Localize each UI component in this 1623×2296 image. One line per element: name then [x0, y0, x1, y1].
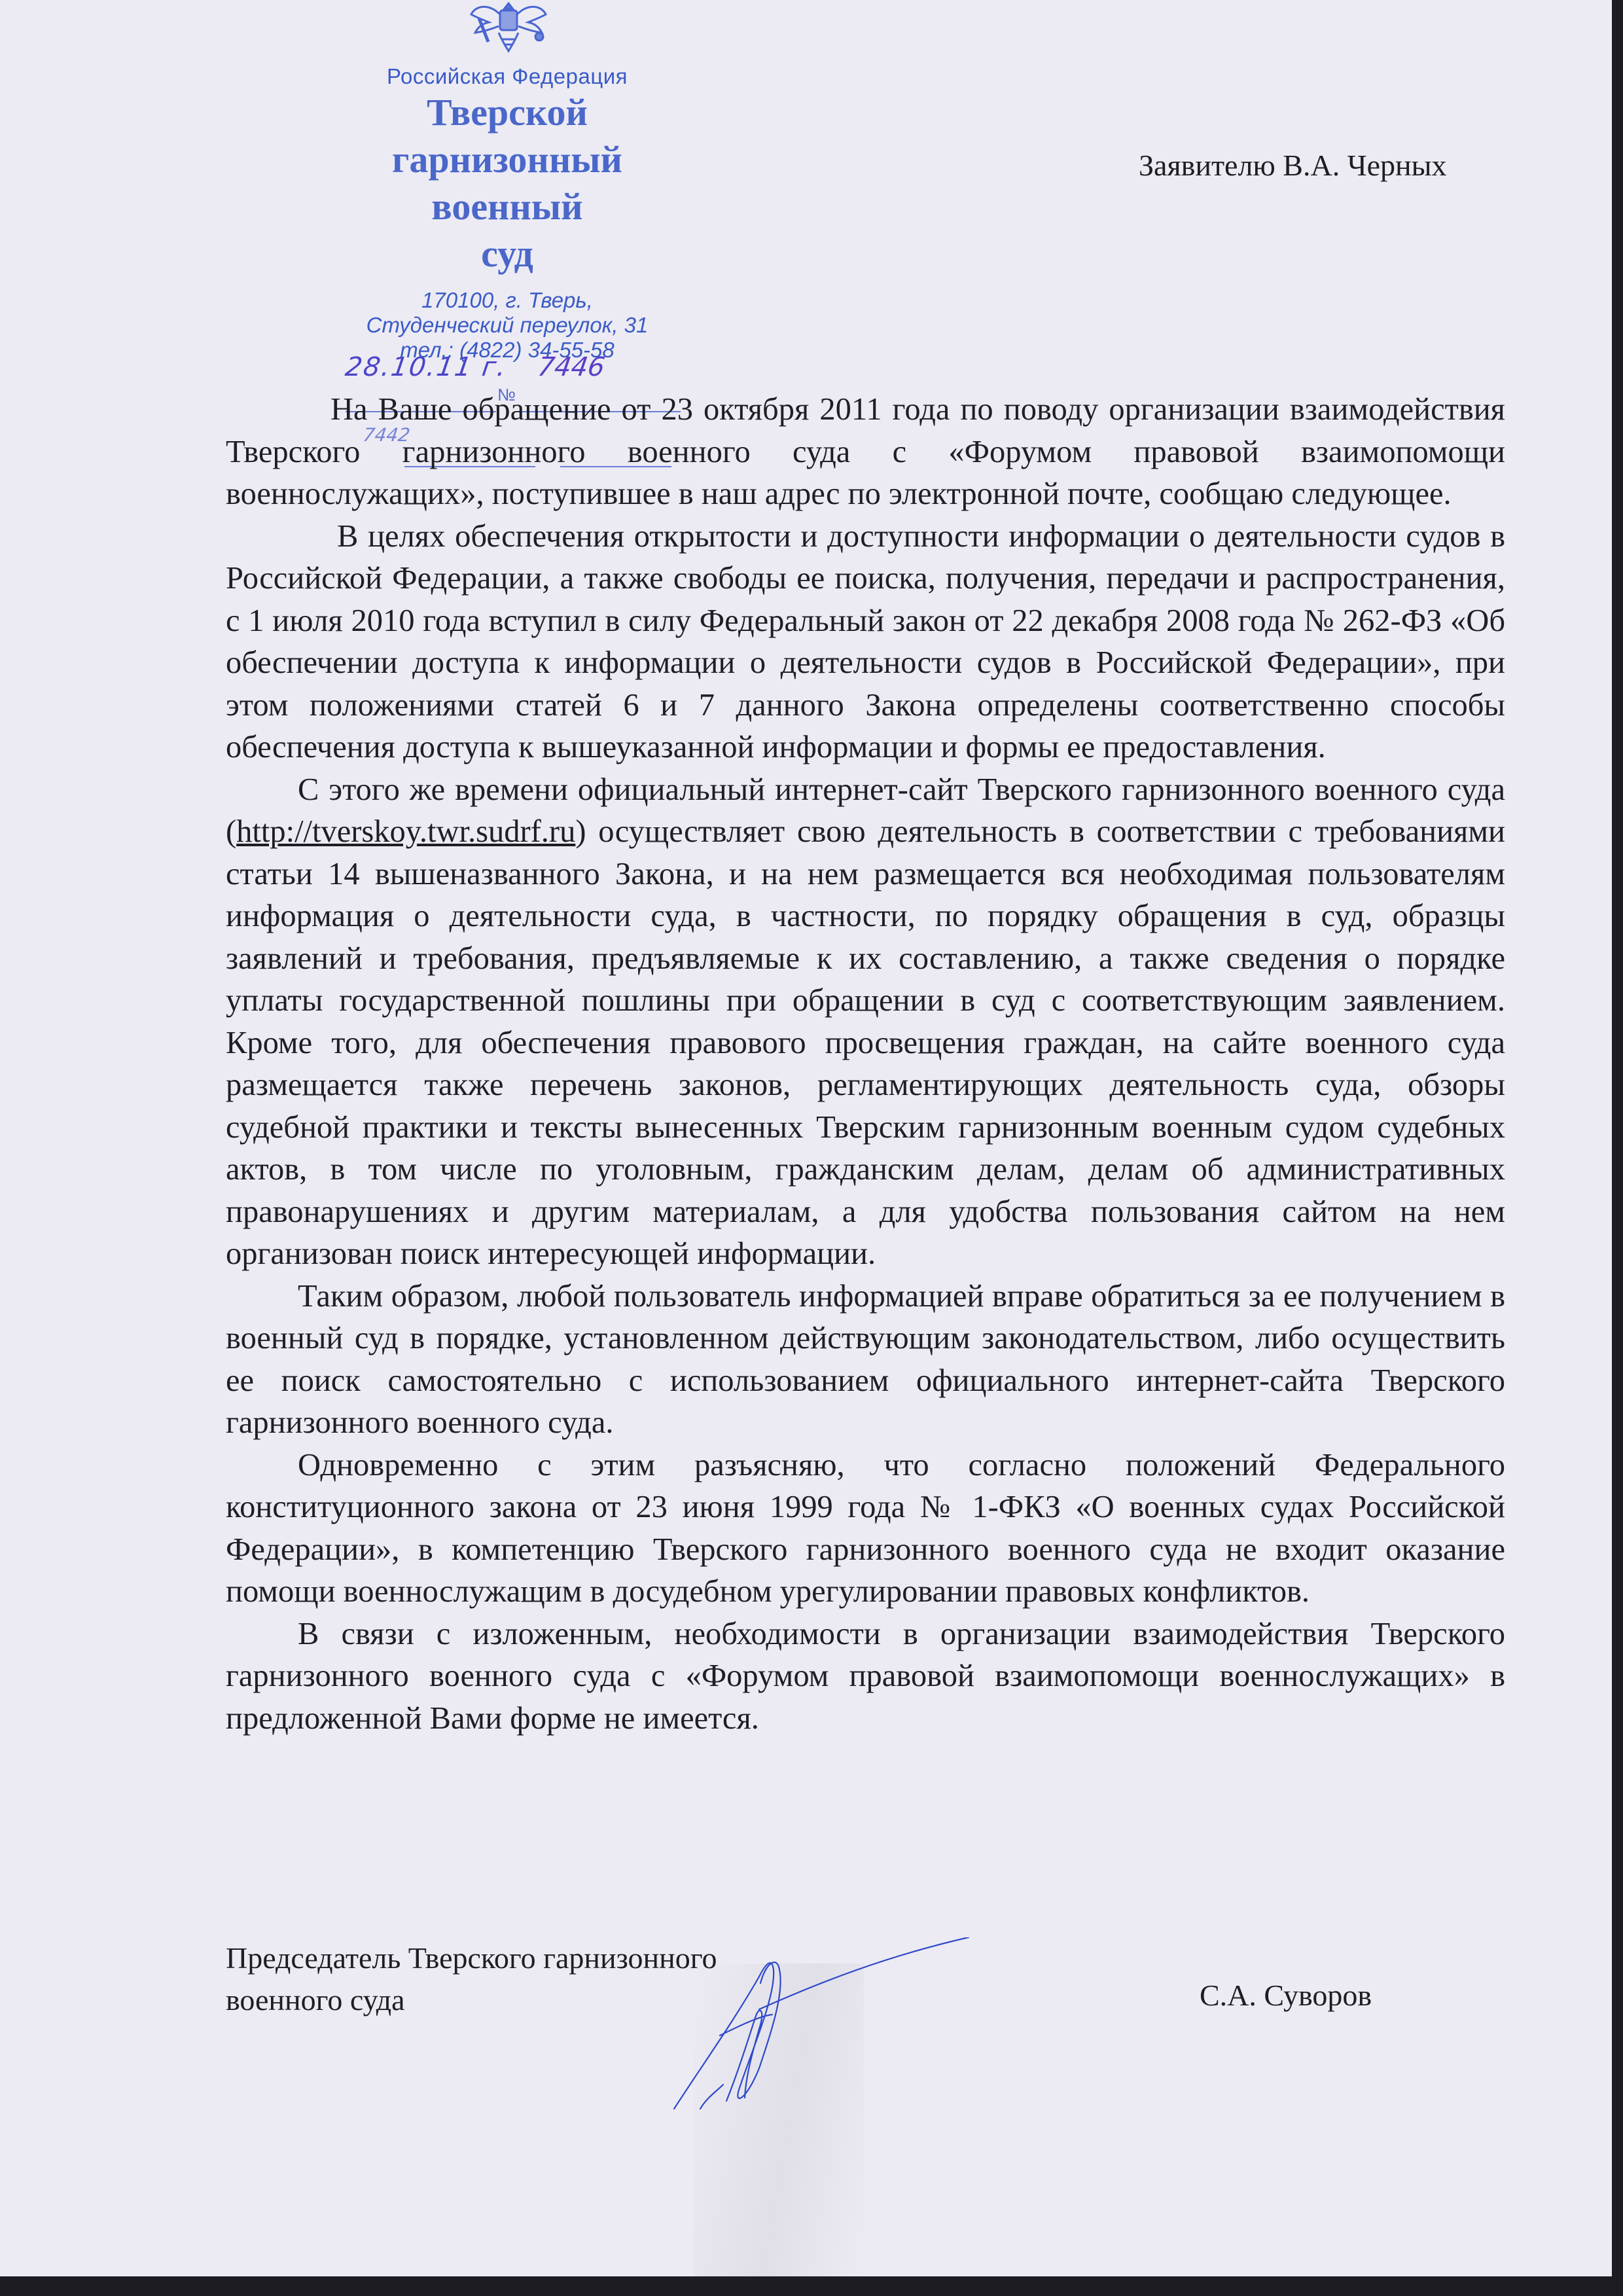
court-name-line: гарнизонный [327, 136, 687, 183]
court-name-line: военный [327, 183, 687, 230]
address-line: 170100, г. Тверь, [327, 288, 687, 313]
address-line: Студенческий переулок, 31 [327, 313, 687, 338]
paragraph-website: С этого же времени официальный интернет-… [226, 769, 1505, 1276]
paragraph-final: В связи с изложенным, необходимости в ор… [226, 1613, 1505, 1740]
court-name-line: Тверской [327, 89, 687, 136]
signatory-name: С.А. Суворов [1200, 1978, 1372, 2013]
paragraph-conclusion-access: Таким образом, любой пользователь информ… [226, 1276, 1505, 1444]
letter-body: На Ваше обращение от 23 октября 2011 год… [226, 389, 1505, 1740]
signatory-title: Председатель Тверского гарнизонного воен… [226, 1937, 717, 2021]
paragraph-intro: На Ваше обращение от 23 октября 2011 год… [226, 389, 1505, 516]
court-website-link[interactable]: http://tverskoy.twr.sudrf.ru [236, 814, 575, 849]
coat-of-arms-icon [466, 0, 551, 54]
letterhead-country: Российская Федерация [327, 64, 687, 89]
paragraph-competence: Одновременно с этим разъясняю, что согла… [226, 1444, 1505, 1613]
paragraph-law: В целях обеспечения открытости и доступн… [226, 516, 1505, 769]
letter-page: Российская Федерация Тверской гарнизонны… [0, 0, 1612, 2276]
addressee: Заявителю В.А. Черных [1139, 148, 1447, 183]
letterhead-address: 170100, г. Тверь, Студенческий переулок,… [327, 288, 687, 363]
paragraph-website-text-after: ) осуществляет свою деятельность в соотв… [226, 814, 1505, 1271]
letterhead-court-name: Тверской гарнизонный военный суд [327, 89, 687, 278]
court-name-line: суд [327, 230, 687, 278]
signatory-title-line: военного суда [226, 1979, 717, 2021]
handwritten-signature-icon [661, 1937, 975, 2114]
signatory-title-line: Председатель Тверского гарнизонного [226, 1937, 717, 1979]
handwritten-registration-number: 7446 [536, 352, 607, 382]
handwritten-date: 28.10.11 г. [344, 352, 509, 382]
